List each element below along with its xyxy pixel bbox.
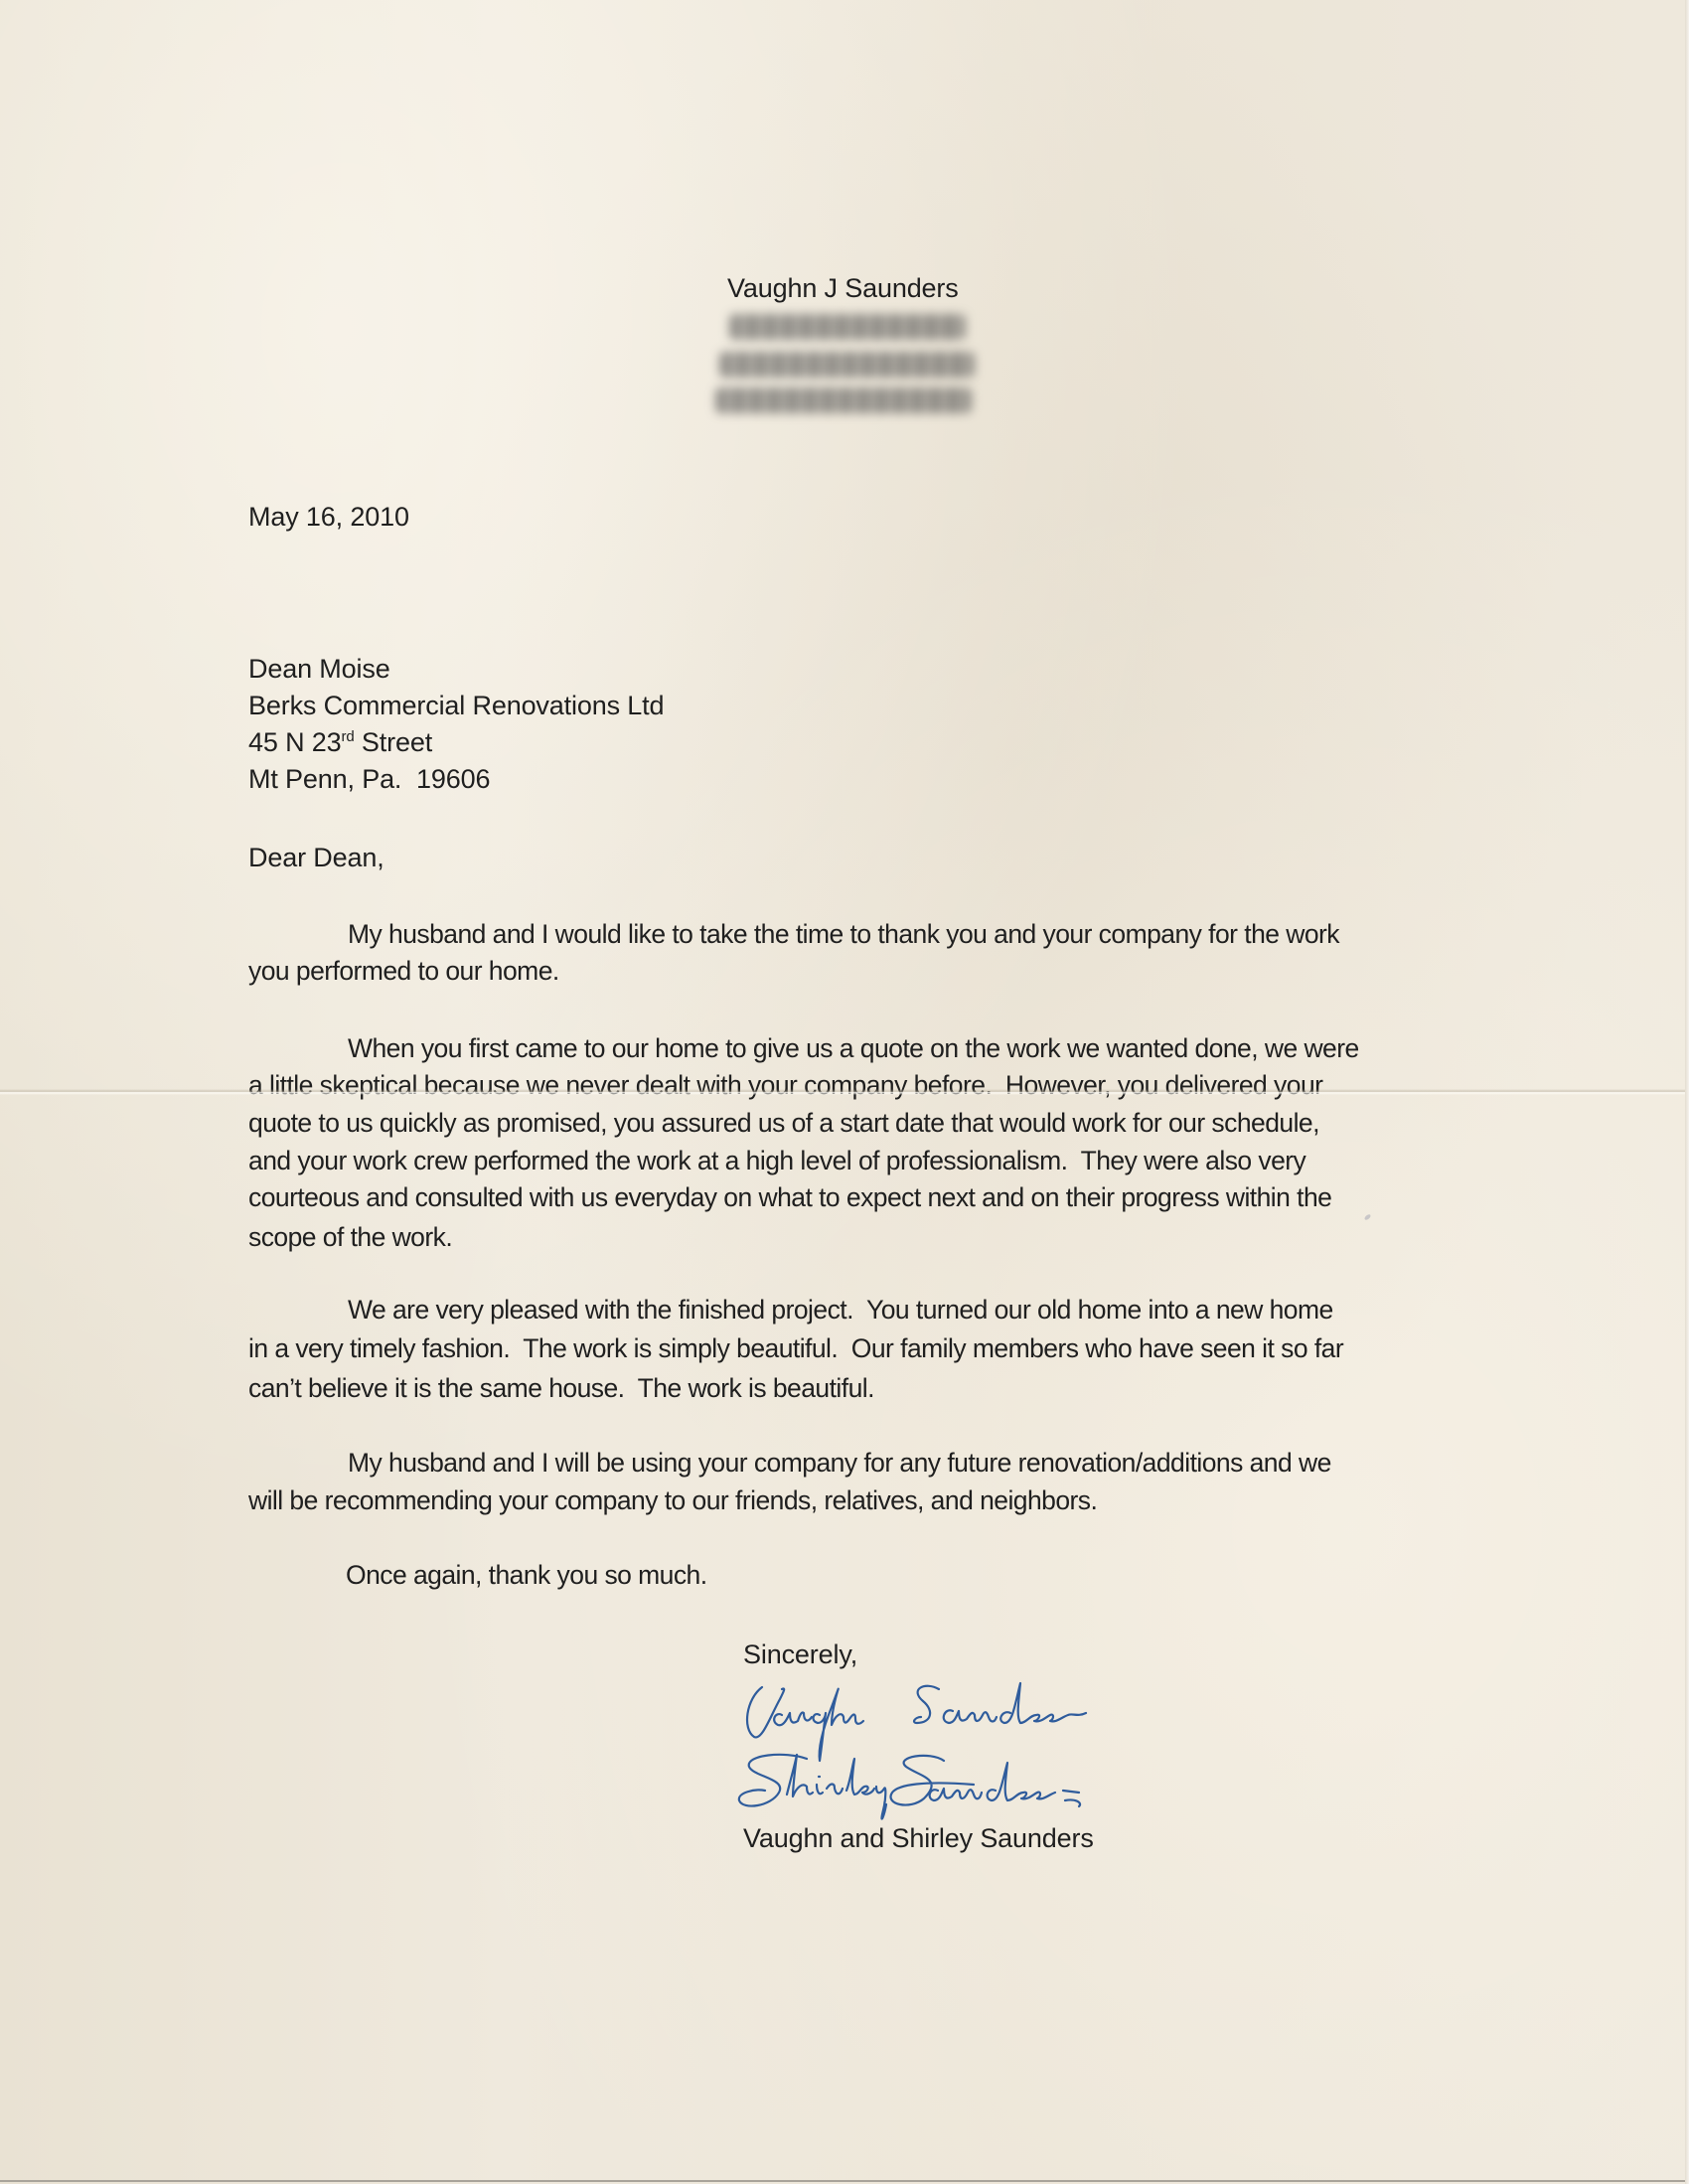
salutation: Dear Dean, <box>248 839 384 876</box>
redacted-sender-line <box>729 314 966 340</box>
complimentary-close: Sincerely, <box>743 1636 857 1673</box>
street-number: 45 N 23 <box>248 727 342 757</box>
paragraph-line: We are very pleased with the finished pr… <box>348 1291 1333 1328</box>
recipient-city: Mt Penn, Pa. 19606 <box>248 760 490 798</box>
letter-page: Vaughn J Saunders May 16, 2010 Dean Mois… <box>0 0 1689 2184</box>
letter-date: May 16, 2010 <box>248 498 409 536</box>
closing-sentence: Once again, thank you so much. <box>346 1556 707 1594</box>
paragraph-line: in a very timely fashion. The work is si… <box>248 1329 1343 1367</box>
paragraph-line: can’t believe it is the same house. The … <box>248 1369 874 1407</box>
page-edge-right <box>1685 0 1689 2184</box>
paragraph-line: My husband and I will be using your comp… <box>348 1444 1331 1482</box>
paragraph-line: quote to us quickly as promised, you ass… <box>248 1104 1319 1142</box>
paragraph-line: and your work crew performed the work at… <box>248 1142 1305 1179</box>
recipient-street: 45 N 23rd Street <box>248 723 432 761</box>
paragraph-line: will be recommending your company to our… <box>248 1482 1097 1519</box>
paragraph-line: scope of the work. <box>248 1218 452 1256</box>
typed-signature: Vaughn and Shirley Saunders <box>743 1819 1094 1857</box>
redacted-city-line <box>715 388 972 413</box>
street-name: Street <box>355 727 433 757</box>
paragraph-line: When you first came to our home to give … <box>348 1029 1359 1067</box>
paragraph-line: a little skeptical because we never deal… <box>248 1066 1322 1104</box>
redacted-address-line <box>719 352 975 378</box>
page-edge-bottom <box>0 2180 1685 2182</box>
recipient-name: Dean Moise <box>248 650 390 688</box>
sender-name: Vaughn J Saunders <box>727 269 959 307</box>
paper-speck <box>1364 1213 1372 1221</box>
recipient-company: Berks Commercial Renovations Ltd <box>248 687 664 724</box>
paragraph-line: you performed to our home. <box>248 952 559 990</box>
street-ordinal: rd <box>342 728 355 745</box>
paragraph-line: My husband and I would like to take the … <box>348 915 1339 953</box>
paragraph-line: courteous and consulted with us everyday… <box>248 1178 1331 1216</box>
fold-crease <box>0 1089 1689 1095</box>
